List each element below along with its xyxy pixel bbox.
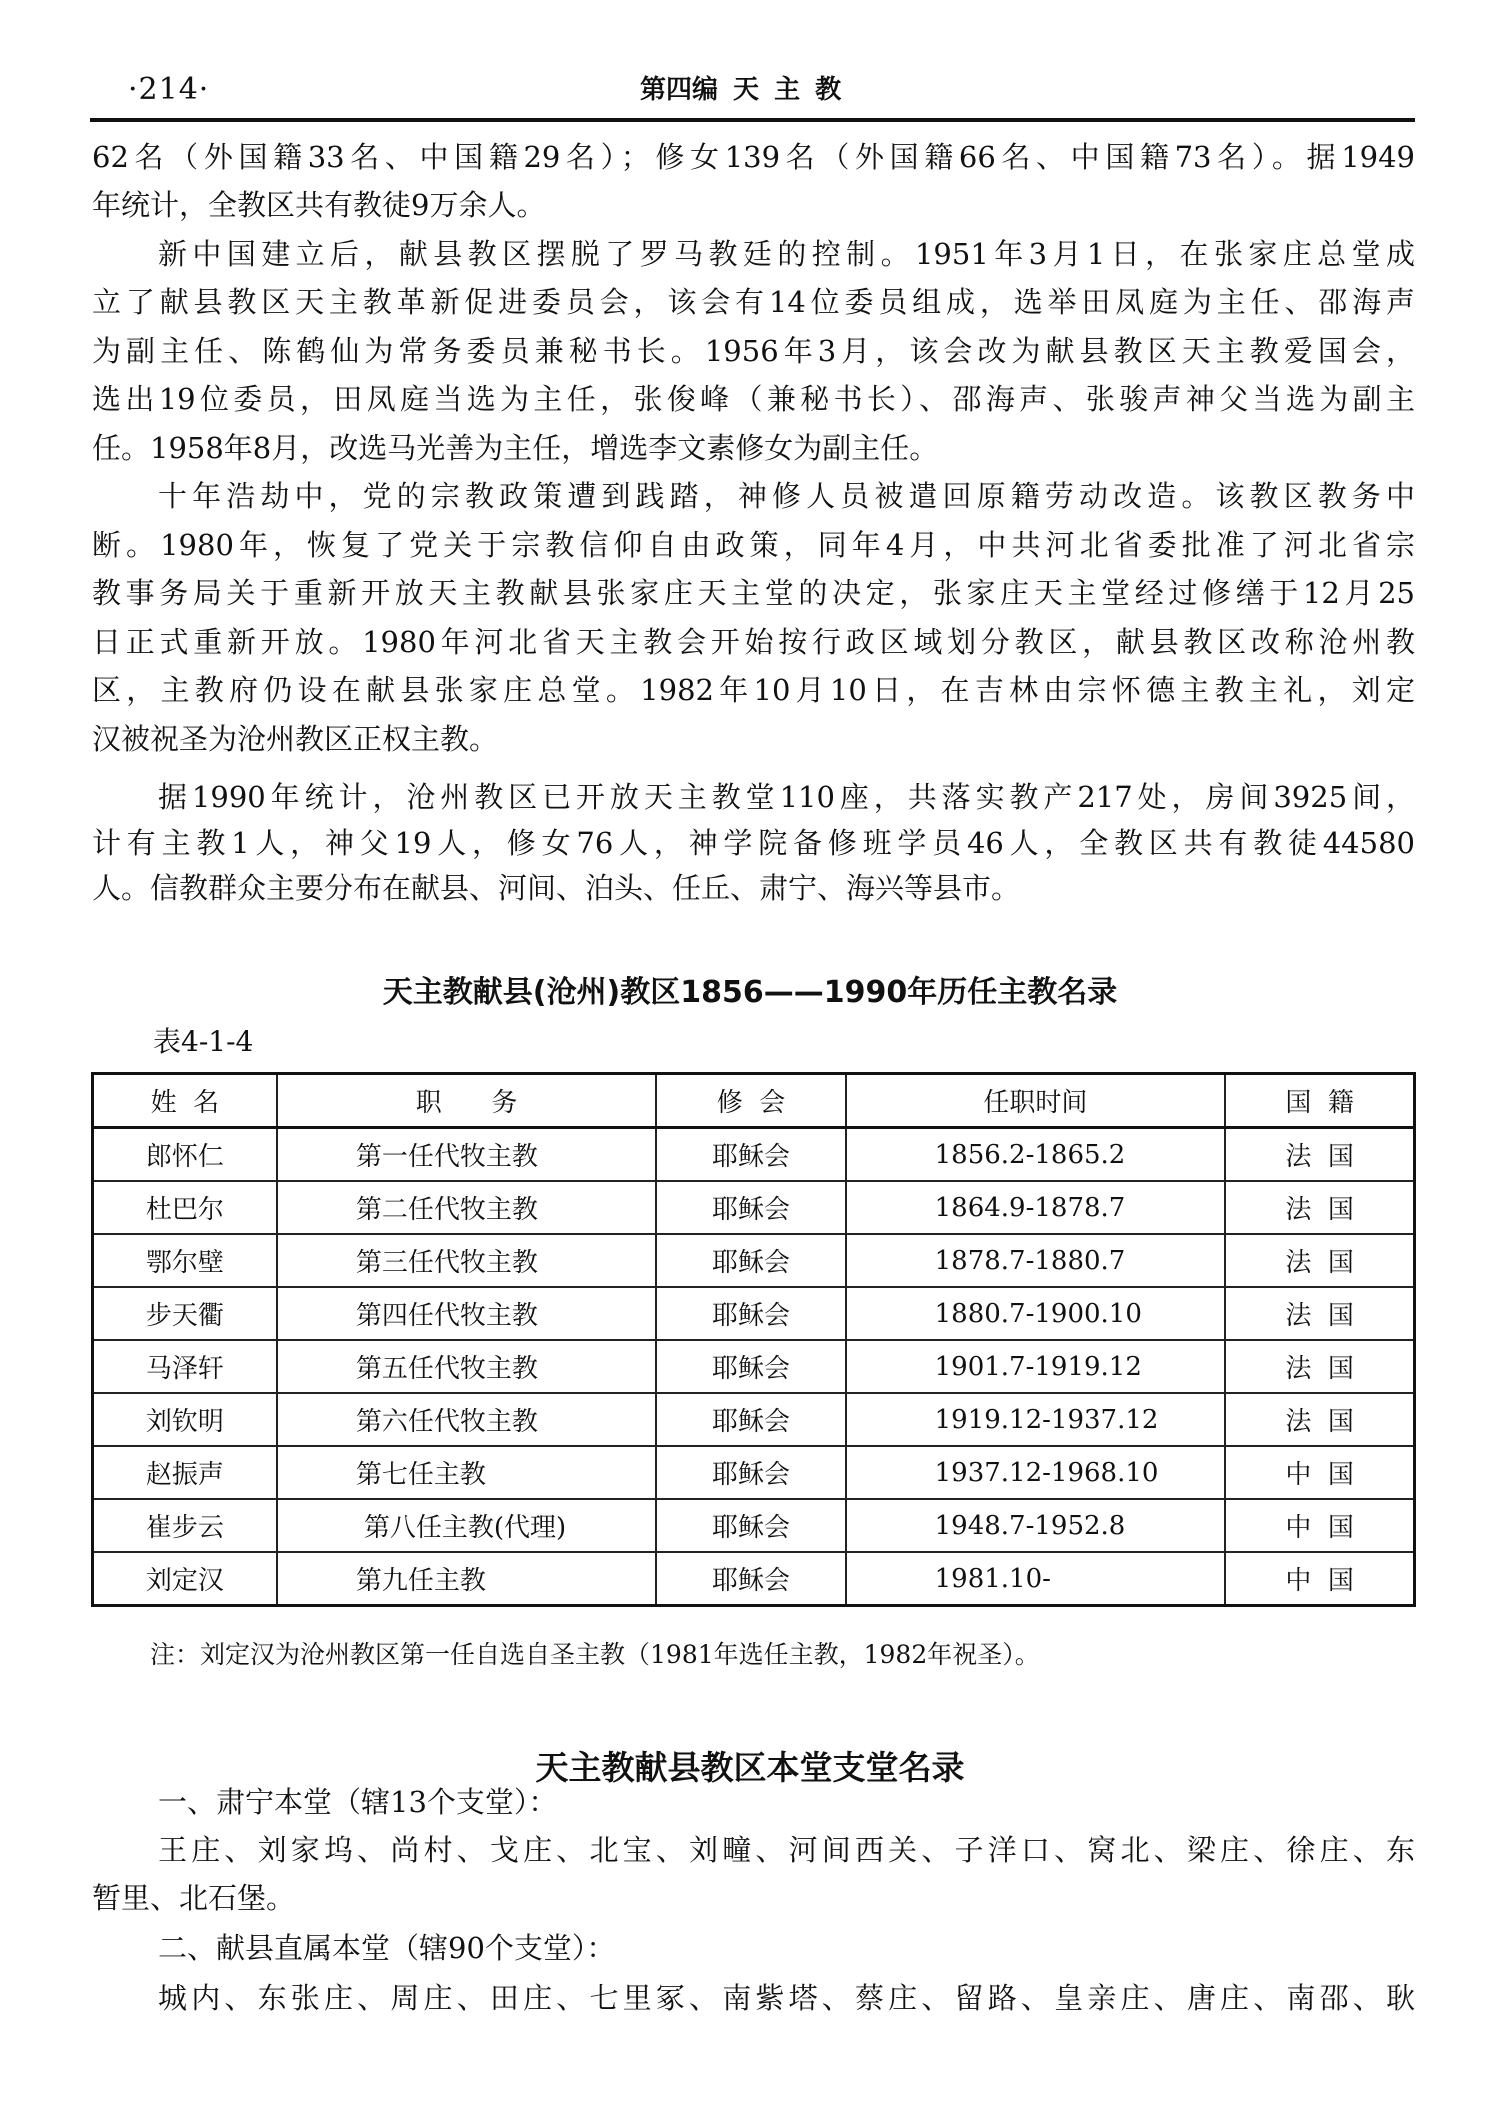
cell-order: 耶稣会 (656, 1128, 845, 1182)
cell-name: 刘钦明 (93, 1393, 277, 1446)
text-line: 选出19位委员，田凤庭当选为主任，张俊峰（兼秘书长）、邵海声、张骏声神父当选为副… (92, 377, 1415, 421)
text-line: 新中国建立后，献县教区摆脱了罗马教廷的控制。1951年3月1日，在张家庄总堂成 (158, 232, 1415, 276)
table-title: 天主教献县(沧州)教区1856——1990年历任主教名录 (300, 972, 1200, 1014)
cell-duty: 第六任代牧主教 (277, 1393, 656, 1446)
parish-group-heading: 一、肃宁本堂（辖13个支堂）： (158, 1780, 1415, 1824)
cell-duty: 第七任主教 (277, 1446, 656, 1499)
table-row: 步天衢 第四任代牧主教 耶稣会 1880.7-1900.10 法 国 (93, 1287, 1415, 1340)
cell-order: 耶稣会 (656, 1181, 845, 1234)
text-line: 人。信教群众主要分布在献县、河间、泊头、任丘、肃宁、海兴等县市。 (92, 866, 1415, 910)
text-line: 断。1980年，恢复了党关于宗教信仰自由政策，同年4月，中共河北省委批准了河北省… (92, 523, 1415, 567)
text-line: 计有主教1人，神父19人，修女76人，神学院备修班学员46人，全教区共有教徒44… (92, 821, 1415, 865)
table-row: 杜巴尔 第二任代牧主教 耶稣会 1864.9-1878.7 法 国 (93, 1181, 1415, 1234)
cell-order: 耶稣会 (656, 1499, 845, 1552)
col-header-nationality: 国 籍 (1225, 1074, 1414, 1128)
table-row: 赵振声 第七任主教 耶稣会 1937.12-1968.10 中 国 (93, 1446, 1415, 1499)
cell-period: 1937.12-1968.10 (846, 1446, 1226, 1499)
text-line: 为副主任、陈鹤仙为常务委员兼秘书长。1956年3月，该会改为献县教区天主教爱国会… (92, 329, 1415, 373)
cell-name: 刘定汉 (93, 1552, 277, 1606)
cell-period: 1878.7-1880.7 (846, 1234, 1226, 1287)
cell-period: 1948.7-1952.8 (846, 1499, 1226, 1552)
running-head: 第四编 天 主 教 (640, 72, 841, 108)
text-line: 年统计，全教区共有教徒9万余人。 (92, 183, 1415, 227)
cell-name: 赵振声 (93, 1446, 277, 1499)
table-note: 注：刘定汉为沧州教区第一任自选自圣主教（1981年选任主教，1982年祝圣）。 (150, 1636, 1040, 1674)
table-header-row: 姓 名 职 务 修 会 任职时间 国 籍 (93, 1074, 1415, 1128)
page-number: ·214· (128, 70, 209, 110)
cell-duty: 第一任代牧主教 (277, 1128, 656, 1182)
table-label: 表4-1-4 (153, 1022, 253, 1062)
cell-nationality: 中 国 (1225, 1499, 1414, 1552)
cell-duty: 第四任代牧主教 (277, 1287, 656, 1340)
col-header-duty: 职 务 (277, 1074, 656, 1128)
cell-nationality: 法 国 (1225, 1393, 1414, 1446)
cell-duty: 第二任代牧主教 (277, 1181, 656, 1234)
cell-period: 1981.10- (846, 1552, 1226, 1606)
text-line: 十年浩劫中，党的宗教政策遭到践踏，神修人员被遣回原籍劳动改造。该教区教务中 (158, 474, 1415, 518)
text-line: 教事务局关于重新开放天主教献县张家庄天主堂的决定，张家庄天主堂经过修缮于12月2… (92, 571, 1415, 615)
text-line: 任。1958年8月，改选马光善为主任，增选李文素修女为副主任。 (92, 426, 1415, 470)
cell-name: 崔步云 (93, 1499, 277, 1552)
col-header-period: 任职时间 (846, 1074, 1226, 1128)
cell-name: 杜巴尔 (93, 1181, 277, 1234)
cell-period: 1919.12-1937.12 (846, 1393, 1226, 1446)
cell-period: 1856.2-1865.2 (846, 1128, 1226, 1182)
parish-group-heading: 二、献县直属本堂（辖90个支堂）： (158, 1926, 1415, 1970)
cell-duty: 第八任主教(代理) (277, 1499, 656, 1552)
cell-order: 耶稣会 (656, 1287, 845, 1340)
cell-order: 耶稣会 (656, 1446, 845, 1499)
cell-nationality: 中 国 (1225, 1552, 1414, 1606)
cell-nationality: 中 国 (1225, 1446, 1414, 1499)
table-row: 鄂尔壁 第三任代牧主教 耶稣会 1878.7-1880.7 法 国 (93, 1234, 1415, 1287)
cell-period: 1901.7-1919.12 (846, 1340, 1226, 1393)
table-row: 刘定汉 第九任主教 耶稣会 1981.10- 中 国 (93, 1552, 1415, 1606)
cell-name: 步天衢 (93, 1287, 277, 1340)
parish-list-line: 城内、东张庄、周庄、田庄、七里冢、南紫塔、蔡庄、留路、皇亲庄、唐庄、南邵、耿 (158, 1976, 1415, 2020)
parish-list-line: 王庄、刘家坞、尚村、戈庄、北宝、刘疃、河间西关、子洋口、窝北、梁庄、徐庄、东 (158, 1828, 1415, 1872)
text-line: 立了献县教区天主教革新促进委员会，该会有14位委员组成，选举田凤庭为主任、邵海声 (92, 280, 1415, 324)
text-line: 汉被祝圣为沧州教区正权主教。 (92, 717, 1415, 761)
cell-duty: 第九任主教 (277, 1552, 656, 1606)
cell-nationality: 法 国 (1225, 1234, 1414, 1287)
bishops-table: 姓 名 职 务 修 会 任职时间 国 籍 郎怀仁 第一任代牧主教 耶稣会 185… (91, 1072, 1416, 1607)
cell-order: 耶稣会 (656, 1340, 845, 1393)
cell-nationality: 法 国 (1225, 1181, 1414, 1234)
text-line: 日正式重新开放。1980年河北省天主教会开始按行政区域划分教区，献县教区改称沧州… (92, 620, 1415, 664)
cell-name: 郎怀仁 (93, 1128, 277, 1182)
table-row: 郎怀仁 第一任代牧主教 耶稣会 1856.2-1865.2 法 国 (93, 1128, 1415, 1182)
cell-nationality: 法 国 (1225, 1128, 1414, 1182)
table-row: 马泽轩 第五任代牧主教 耶稣会 1901.7-1919.12 法 国 (93, 1340, 1415, 1393)
table-row: 刘钦明 第六任代牧主教 耶稣会 1919.12-1937.12 法 国 (93, 1393, 1415, 1446)
cell-nationality: 法 国 (1225, 1287, 1414, 1340)
cell-order: 耶稣会 (656, 1393, 845, 1446)
cell-order: 耶稣会 (656, 1234, 845, 1287)
table-row: 崔步云 第八任主教(代理) 耶稣会 1948.7-1952.8 中 国 (93, 1499, 1415, 1552)
cell-nationality: 法 国 (1225, 1340, 1414, 1393)
cell-period: 1880.7-1900.10 (846, 1287, 1226, 1340)
cell-period: 1864.9-1878.7 (846, 1181, 1226, 1234)
cell-order: 耶稣会 (656, 1552, 845, 1606)
cell-duty: 第三任代牧主教 (277, 1234, 656, 1287)
col-header-name: 姓 名 (93, 1074, 277, 1128)
parish-list-line: 暂里、北石堡。 (92, 1876, 1415, 1920)
cell-name: 鄂尔壁 (93, 1234, 277, 1287)
cell-name: 马泽轩 (93, 1340, 277, 1393)
cell-duty: 第五任代牧主教 (277, 1340, 656, 1393)
text-line: 62名（外国籍33名、中国籍29名）；修女139名（外国籍66名、中国籍73名）… (92, 135, 1415, 179)
header-rule (90, 118, 1415, 122)
text-line: 区，主教府仍设在献县张家庄总堂。1982年10月10日，在吉林由宗怀德主教主礼，… (92, 668, 1415, 712)
text-line: 据1990年统计，沧州教区已开放天主教堂110座，共落实教产217处，房间392… (158, 775, 1415, 819)
col-header-order: 修 会 (656, 1074, 845, 1128)
